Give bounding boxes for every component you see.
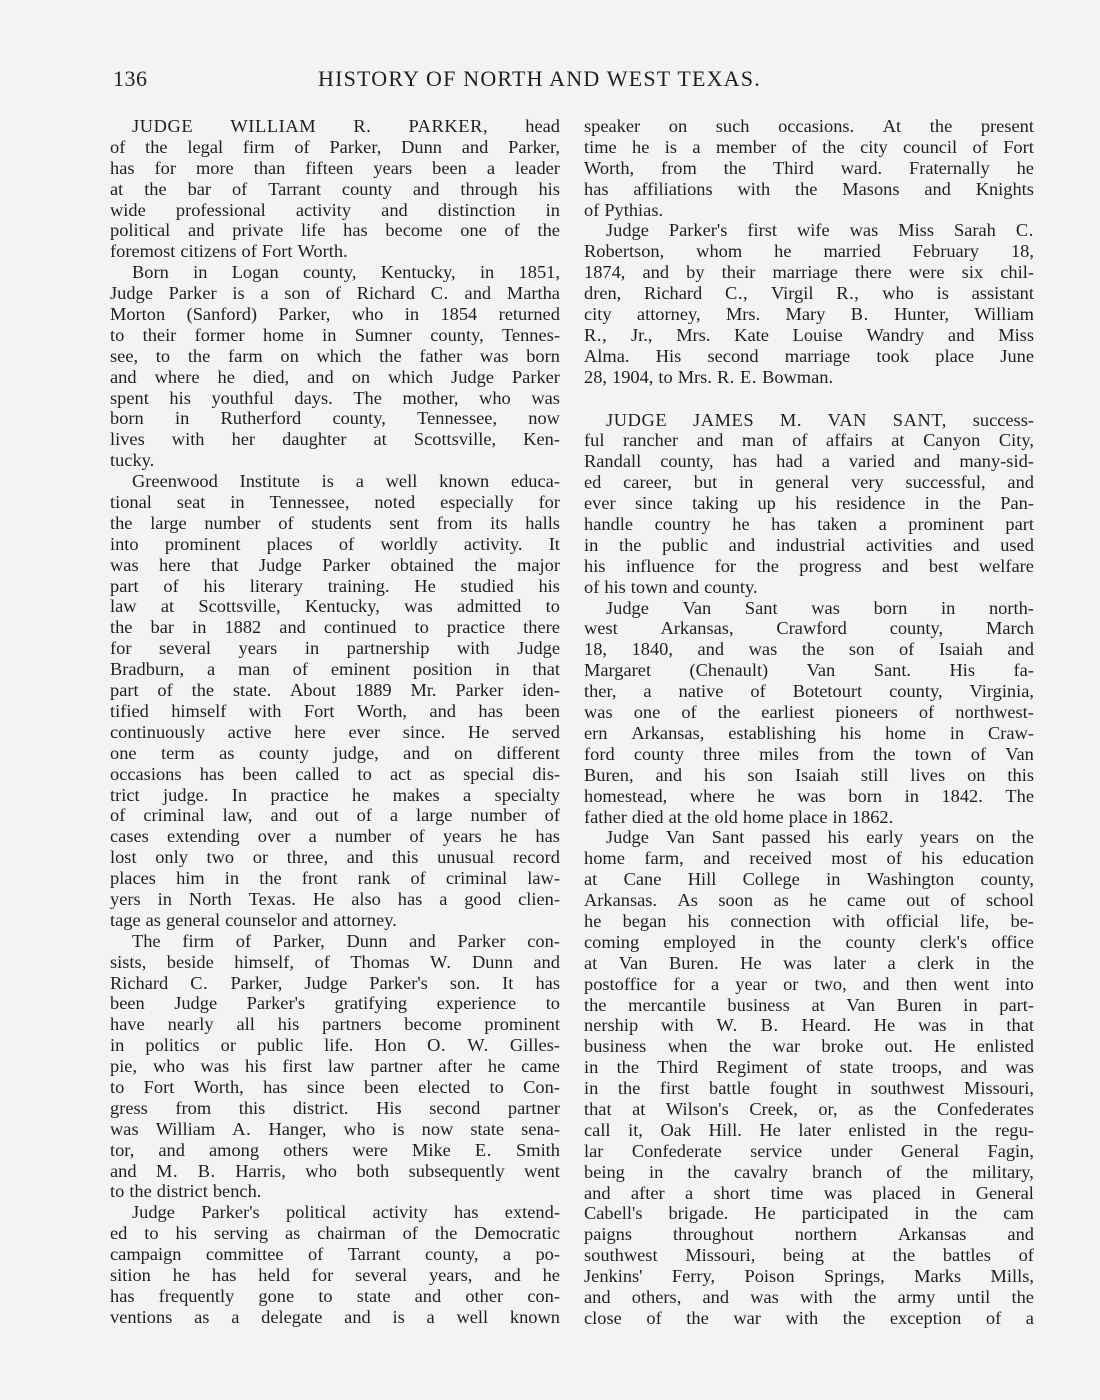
- text-line: hebeganhisconnectionwithofficiallife,be-: [584, 911, 1034, 932]
- text-line: sitionhehasheldforseveralyears,andhe: [110, 1265, 560, 1286]
- text-line: themercantilebusinessatVanBureninpart-: [584, 995, 1034, 1016]
- text-line: businesswhenthewarbrokeout.Heenlisted: [584, 1036, 1034, 1057]
- text-line: andothers,andwaswiththearmyuntilthe: [584, 1287, 1034, 1308]
- text-line: beinginthecavalrybranchofthemilitary,: [584, 1162, 1034, 1183]
- text-line: Alma.HissecondmarriagetookplaceJune: [584, 346, 1034, 367]
- text-line: toFortWorth,hassincebeenelectedtoCon-: [110, 1077, 560, 1098]
- text-line: Worth,fromtheThirdward.Fraternallyhe: [584, 158, 1034, 179]
- text-line: JUDGEJAMESM.VANSANT,success-: [584, 410, 1034, 431]
- text-line: handlecountryhehastakenaprominentpart: [584, 514, 1034, 535]
- text-line: dren,RichardC.,VirgilR.,whoisassistant: [584, 283, 1034, 304]
- text-line: campaigncommitteeofTarrantcounty,apo-: [110, 1244, 560, 1265]
- paragraph: JUDGEJAMESM.VANSANT,success-fulrancheran…: [584, 410, 1034, 598]
- paragraph: JUDGEWILLIAMR.PARKER,headofthelegalfirmo…: [110, 116, 560, 262]
- text-line: thelargenumberofstudentssentfromitshalls: [110, 513, 560, 534]
- text-line: ventionsasadelegateandisawellknown: [110, 1307, 560, 1328]
- text-line: Morton(Sanford)Parker,whoin1854returned: [110, 304, 560, 325]
- text-line: nershipwithW.B.Heard.Hewasinthat: [584, 1015, 1034, 1036]
- text-line: havenearlyallhispartnersbecomeprominent: [110, 1014, 560, 1035]
- text-line: JudgeParkerisasonofRichardC.andMartha: [110, 283, 560, 304]
- text-line: thebarin1882andcontinuedtopracticethere: [110, 617, 560, 638]
- text-line: wasoneoftheearliestpioneersofnorthwest-: [584, 702, 1034, 723]
- text-line: 28,1904,toMrs.R.E.Bowman.: [584, 367, 1034, 388]
- text-line: politicalandprivatelifehasbecomeoneofthe: [110, 220, 560, 241]
- text-line: andafterashorttimewasplacedinGeneral: [584, 1183, 1034, 1204]
- text-line: homefarm,andreceivedmostofhiseducation: [584, 848, 1034, 869]
- text-line: beenJudgeParker'sgratifyingexperienceto: [110, 993, 560, 1014]
- text-line: hisinfluencefortheprogressandbestwelfare: [584, 556, 1034, 577]
- text-line: atCaneHillCollegeinWashingtoncounty,: [584, 869, 1034, 890]
- text-line: JUDGEWILLIAMR.PARKER,head: [110, 116, 560, 137]
- text-line: hasfrequentlygonetostateandothercon-: [110, 1286, 560, 1307]
- text-line: lostonlytwoorthree,andthisunusualrecord: [110, 847, 560, 868]
- text-line: GreenwoodInstituteisawellknowneduca-: [110, 471, 560, 492]
- text-line: Robertson,whomhemarriedFebruary18,: [584, 241, 1034, 262]
- text-line: Randallcounty,hashadavariedandmany-sid-: [584, 451, 1034, 472]
- text-line: Jenkins'Ferry,PoisonSprings,MarksMills,: [584, 1266, 1034, 1287]
- text-line: Buren,andhissonIsaiahstilllivesonthis: [584, 765, 1034, 786]
- text-line: JudgeVanSantwasborninnorth-: [584, 598, 1034, 619]
- text-line: partofthestate.About1889Mr.Parkeriden-: [110, 680, 560, 701]
- text-line: fatherdiedattheoldhomeplacein1862.: [584, 807, 1034, 828]
- text-line: inthepublicandindustrialactivitiesanduse…: [584, 535, 1034, 556]
- text-line: fordcountythreemilesfromthetownofVan: [584, 744, 1034, 765]
- text-line: wideprofessionalactivityanddistinctionin: [110, 200, 560, 221]
- text-line: R.,Jr.,Mrs.KateLouiseWandryandMiss: [584, 325, 1034, 346]
- text-line: fulrancherandmanofaffairsatCanyonCity,: [584, 430, 1034, 451]
- text-line: spenthisyouthfuldays.Themother,whowas: [110, 388, 560, 409]
- text-line: tionalseatinTennessee,notedespeciallyfor: [110, 492, 560, 513]
- text-line: ThefirmofParker,DunnandParkercon-: [110, 931, 560, 952]
- text-line: foremostcitizensofFortWorth.: [110, 241, 560, 262]
- text-line: totheirformerhomeinSumnercounty,Tennes-: [110, 325, 560, 346]
- text-line: 1874,andbytheirmarriagethereweresixchil-: [584, 262, 1034, 283]
- text-line: 18,1840,andwasthesonofIsaiahand: [584, 639, 1034, 660]
- text-line: atthebarofTarrantcountyandthroughhis: [110, 179, 560, 200]
- text-line: pie,whowashisfirstlawpartnerafterhecame: [110, 1056, 560, 1077]
- text-line: eversincetakinguphisresidenceinthePan-: [584, 493, 1034, 514]
- text-line: andM.B.Harris,whobothsubsequentlywent: [110, 1161, 560, 1182]
- text-line: inpoliticsorpubliclife.HonO.W.Gilles-: [110, 1035, 560, 1056]
- text-line: Cabell'sbrigade.Heparticipatedinthecam: [584, 1203, 1034, 1224]
- text-line: RichardC.Parker,JudgeParker'sson.Ithas: [110, 973, 560, 994]
- text-line: Arkansas.Assoonashecameoutofschool: [584, 890, 1034, 911]
- text-line: washerethatJudgeParkerobtainedthemajor: [110, 555, 560, 576]
- text-line: liveswithherdaughteratScottsville,Ken-: [110, 429, 560, 450]
- text-line: cityattorney,Mrs.MaryB.Hunter,William: [584, 304, 1034, 325]
- text-line: comingemployedinthecountyclerk'soffice: [584, 932, 1034, 953]
- text-line: ofPythias.: [584, 200, 1034, 221]
- text-line: see,tothefarmonwhichthefatherwasborn: [110, 346, 560, 367]
- text-line: JudgeParker'sfirstwifewasMissSarahC.: [584, 220, 1034, 241]
- paragraph: JudgeParker'sfirstwifewasMissSarahC.Robe…: [584, 220, 1034, 387]
- text-line: homestead,wherehewasbornin1842.The: [584, 786, 1034, 807]
- text-line: southwestMissouri,beingatthebattlesof: [584, 1245, 1034, 1266]
- book-page: 136 HISTORY OF NORTH AND WEST TEXAS. JUD…: [0, 0, 1100, 1400]
- text-line: casesextendingoveranumberofyearshehas: [110, 826, 560, 847]
- text-line: Margaret(Chenault)VanSant.Hisfa-: [584, 660, 1034, 681]
- text-line: partofhisliterarytraining.Hestudiedhis: [110, 576, 560, 597]
- running-head: HISTORY OF NORTH AND WEST TEXAS.: [318, 66, 761, 92]
- right-column: speakeronsuchoccasions.Atthepresenttimeh…: [584, 116, 1034, 1329]
- text-line: edtohisservingaschairmanoftheDemocratic: [110, 1223, 560, 1244]
- text-line: intheThirdRegimentofstatetroops,andwas: [584, 1057, 1034, 1078]
- page-number: 136: [113, 66, 148, 92]
- text-line: intoprominentplacesofworldlyactivity.It: [110, 534, 560, 555]
- text-line: callit,OakHill.Helaterenlistedintheregu-: [584, 1120, 1034, 1141]
- text-line: tucky.: [110, 450, 560, 471]
- paragraph: speakeronsuchoccasions.Atthepresenttimeh…: [584, 116, 1034, 220]
- text-line: JudgeVanSantpassedhisearlyyearsonthe: [584, 827, 1034, 848]
- text-line: closeofthewarwiththeexceptionofa: [584, 1308, 1034, 1329]
- text-line: tor,andamongotherswereMikeE.Smith: [110, 1140, 560, 1161]
- paragraph: JudgeVanSantpassedhisearlyyearsonthehome…: [584, 827, 1034, 1328]
- text-line: continuouslyactivehereeversince.Heserved: [110, 722, 560, 743]
- text-line: lawatScottsville,Kentucky,wasadmittedto: [110, 596, 560, 617]
- paragraph: JudgeVanSantwasborninnorth-westArkansas,…: [584, 598, 1034, 828]
- text-line: hasaffiliationswiththeMasonsandKnights: [584, 179, 1034, 200]
- paragraph: JudgeParker'spoliticalactivityhasextend-…: [110, 1202, 560, 1327]
- paragraph: ThefirmofParker,DunnandParkercon-sists,b…: [110, 931, 560, 1203]
- text-line: trictjudge.Inpracticehemakesaspecialty: [110, 785, 560, 806]
- text-line: ernArkansas,establishinghishomeinCraw-: [584, 723, 1034, 744]
- text-line: gressfromthisdistrict.Hissecondpartner: [110, 1098, 560, 1119]
- text-line: ofhistownandcounty.: [584, 577, 1034, 598]
- text-line: occasionshasbeencalledtoactasspecialdis-: [110, 764, 560, 785]
- paragraph: BorninLogancounty,Kentucky,in1851,JudgeP…: [110, 262, 560, 471]
- text-line: speakeronsuchoccasions.Atthepresent: [584, 116, 1034, 137]
- text-line: atVanBuren.Hewaslateraclerkinthe: [584, 953, 1034, 974]
- text-line: ofcriminallaw,andoutofalargenumberof: [110, 805, 560, 826]
- text-line: paignsthroughoutnorthernArkansasand: [584, 1224, 1034, 1245]
- left-column: JUDGEWILLIAMR.PARKER,headofthelegalfirmo…: [110, 116, 560, 1328]
- text-line: sists,besidehimself,ofThomasW.Dunnand: [110, 952, 560, 973]
- text-line: forseveralyearsinpartnershipwithJudge: [110, 638, 560, 659]
- text-line: BorninLogancounty,Kentucky,in1851,: [110, 262, 560, 283]
- text-line: inthefirstbattlefoughtinsouthwestMissour…: [584, 1078, 1034, 1099]
- text-line: timeheisamemberofthecitycouncilofFort: [584, 137, 1034, 158]
- text-line: andwherehedied,andonwhichJudgeParker: [110, 367, 560, 388]
- text-line: borninRutherfordcounty,Tennessee,now: [110, 408, 560, 429]
- text-line: JudgeParker'spoliticalactivityhasextend-: [110, 1202, 560, 1223]
- text-line: wasWilliamA.Hanger,whoisnowstatesena-: [110, 1119, 560, 1140]
- text-line: thatatWilson'sCreek,or,astheConfederates: [584, 1099, 1034, 1120]
- text-line: westArkansas,Crawfordcounty,March: [584, 618, 1034, 639]
- text-line: edcareer,butingeneralverysuccessful,and: [584, 472, 1034, 493]
- text-line: yersinNorthTexas.Healsohasagoodclien-: [110, 889, 560, 910]
- section-break: [584, 388, 1034, 410]
- text-line: Bradburn,amanofeminentpositioninthat: [110, 659, 560, 680]
- paragraph: GreenwoodInstituteisawellknowneduca-tion…: [110, 471, 560, 931]
- text-line: larConfederateserviceunderGeneralFagin,: [584, 1141, 1034, 1162]
- text-line: ofthelegalfirmofParker,DunnandParker,: [110, 137, 560, 158]
- text-line: placeshiminthefrontrankofcriminallaw-: [110, 868, 560, 889]
- text-line: tothedistrictbench.: [110, 1181, 560, 1202]
- text-line: ther,anativeofBotetourtcounty,Virginia,: [584, 681, 1034, 702]
- text-line: tifiedhimselfwithFortWorth,andhasbeen: [110, 701, 560, 722]
- text-line: postofficeforayearortwo,andthenwentinto: [584, 974, 1034, 995]
- text-line: onetermascountyjudge,andondifferent: [110, 743, 560, 764]
- text-line: hasformorethanfifteenyearsbeenaleader: [110, 158, 560, 179]
- text-line: tageasgeneralcounselorandattorney.: [110, 910, 560, 931]
